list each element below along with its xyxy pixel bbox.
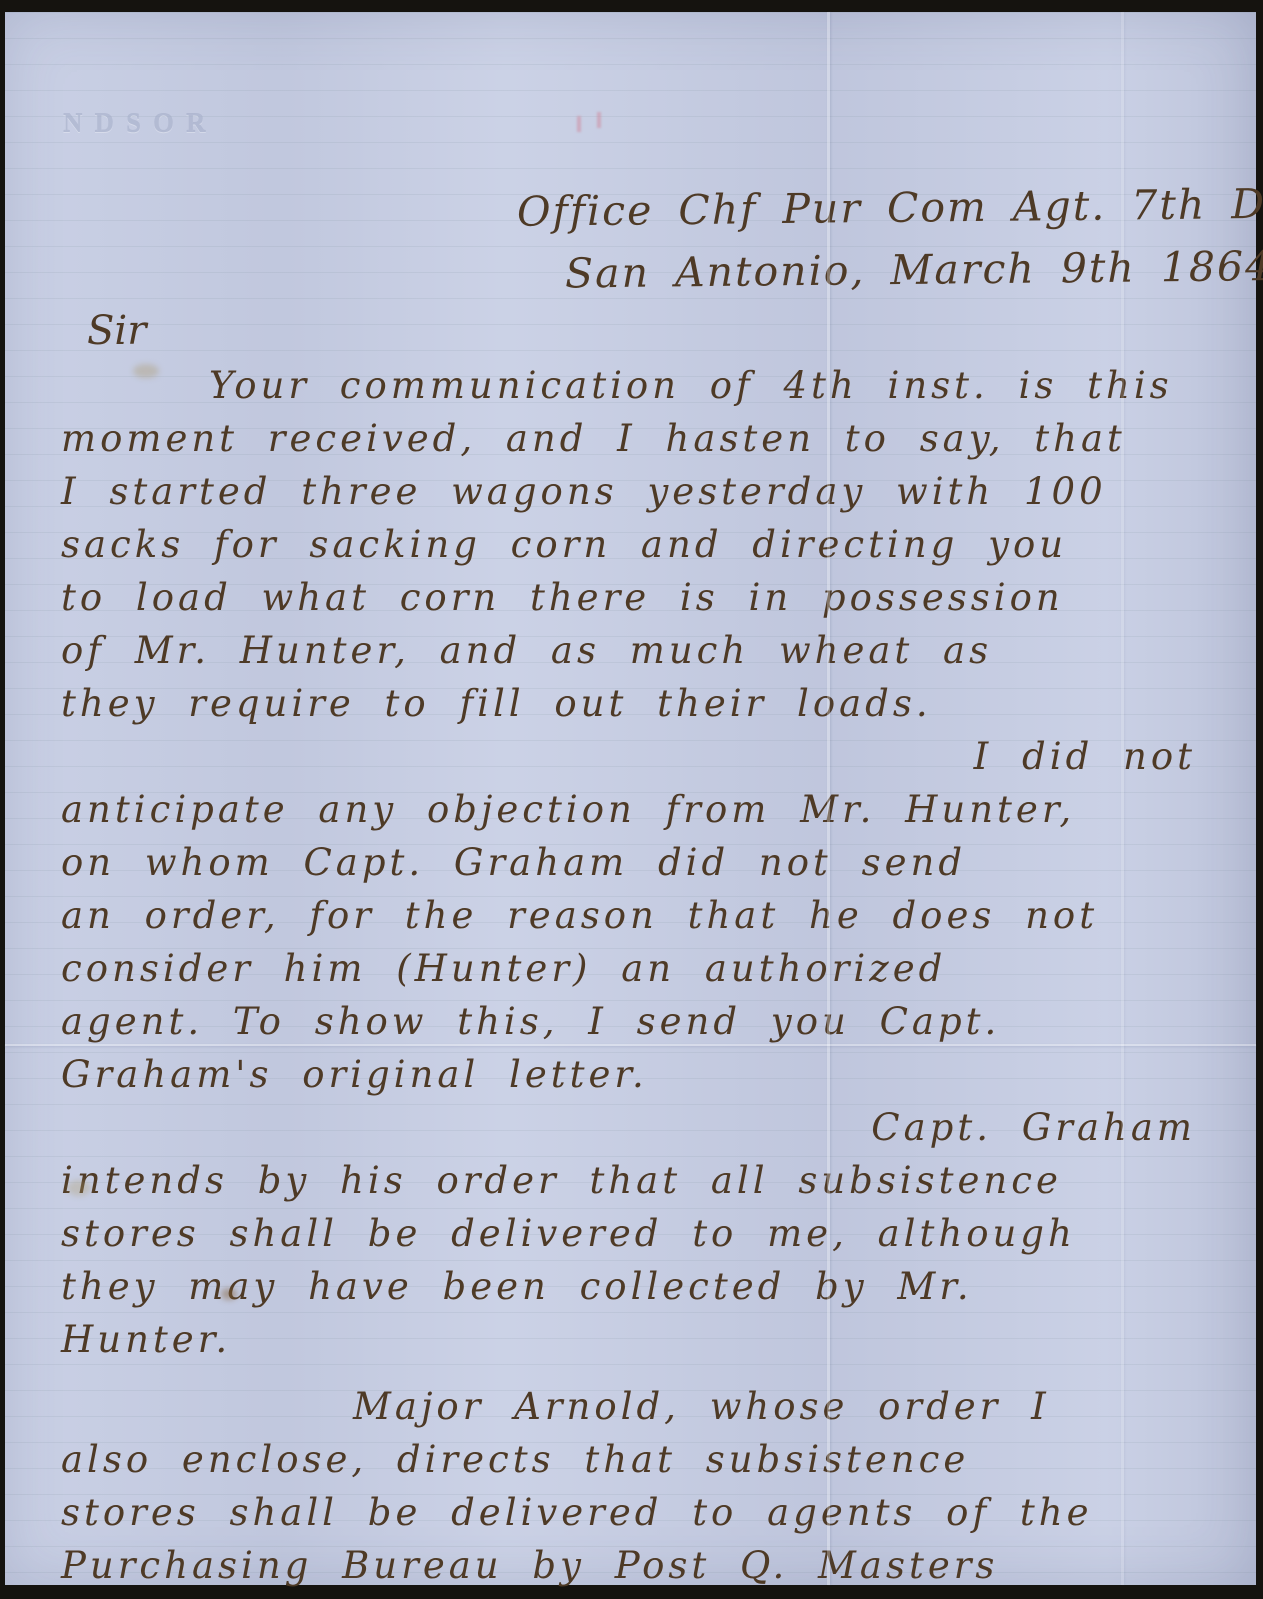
letter-page: NDSOR Office Chf Pur Com Agt. 7th Dist. … [5,12,1256,1585]
paper-stain [67,1180,91,1196]
fold-crease-horizontal [5,1044,1256,1046]
handwriting-line: moment received, and I hasten to say, th… [61,417,1214,470]
scanned-document: NDSOR Office Chf Pur Com Agt. 7th Dist. … [0,0,1263,1599]
handwriting-line: Your communication of 4th inst. is this [61,364,1214,417]
handwriting-line: I started three wagons yesterday with 10… [61,470,1214,523]
handwriting-line: stores shall be delivered to me, althoug… [61,1212,1214,1265]
letter-body: Your communication of 4th inst. is thism… [61,364,1214,1597]
ink-stain [221,1288,237,1300]
handwriting-line: an order, for the reason that he does no… [61,894,1214,947]
office-line: Office Chf Pur Com Agt. 7th Dist. [517,180,1236,236]
handwriting-line: stores shall be delivered to agents of t… [61,1491,1214,1544]
handwriting-line: sacks for sacking corn and directing you [61,523,1214,576]
pink-mark [597,112,601,128]
handwriting-line: to load what corn there is in possession [61,576,1214,629]
embossed-watermark: NDSOR [63,108,218,139]
salutation: Sir [87,308,146,354]
handwriting-line: Purchasing Bureau by Post Q. Masters [61,1544,1214,1597]
handwriting-line: Major Arnold, whose order I [61,1385,1214,1438]
handwriting-line: consider him (Hunter) an authorized [61,947,1214,1000]
letterhead: Office Chf Pur Com Agt. 7th Dist. San An… [5,184,1236,294]
handwriting-line: intends by his order that all subsistenc… [61,1159,1214,1212]
handwriting-line: Capt. Graham [61,1106,1214,1159]
handwriting-line: they require to fill out their loads. [61,682,1214,735]
handwriting-line: on whom Capt. Graham did not send [61,841,1214,894]
handwriting-line: Hunter. [61,1318,1214,1371]
handwriting-line: I did not [61,735,1214,788]
fold-crease-vertical [1121,12,1124,1585]
dateline: San Antonio, March 9th 1864 [565,242,1236,297]
fold-crease-vertical [827,12,830,1585]
handwriting-line: anticipate any objection from Mr. Hunter… [61,788,1214,841]
handwriting-line: of Mr. Hunter, and as much wheat as [61,629,1214,682]
pink-mark [577,116,581,132]
handwriting-line: also enclose, directs that subsistence [61,1438,1214,1491]
handwriting-line: Graham's original letter. [61,1053,1214,1106]
paper-stain [133,364,159,378]
